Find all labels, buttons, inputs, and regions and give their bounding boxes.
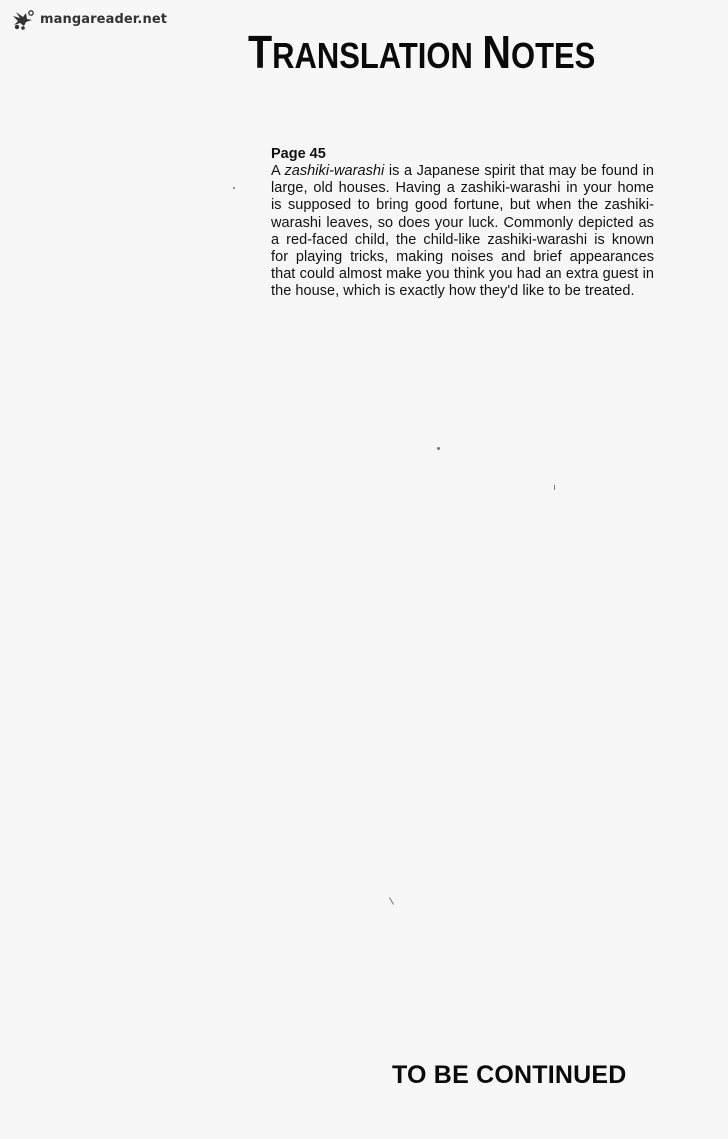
scan-speck <box>389 897 394 904</box>
watermark-text: mangareader.net <box>40 12 167 27</box>
to-be-continued: TO BE CONTINUED <box>392 1061 627 1090</box>
note-heading: Page 45 <box>271 146 654 163</box>
title-initial-n: N <box>482 26 511 78</box>
note-item: Page 45 A zashiki-warashi is a Japanese … <box>271 146 654 301</box>
page-title: TRANSLATION NOTES <box>248 28 595 80</box>
note-body: A zashiki-warashi is a Japanese spirit t… <box>271 163 654 301</box>
title-word-otes: OTES <box>511 35 595 76</box>
scan-speck <box>554 485 555 490</box>
scan-speck <box>437 447 440 450</box>
translation-notes: Page 45 A zashiki-warashi is a Japanese … <box>271 146 654 301</box>
scan-speck <box>233 187 235 189</box>
note-term: zashiki-warashi <box>284 163 384 179</box>
note-body-prefix: A <box>271 163 284 179</box>
mangareader-logo-icon <box>10 8 38 30</box>
watermark: mangareader.net <box>10 8 167 30</box>
note-body-text: is a Japanese spirit that may be found i… <box>271 163 654 299</box>
title-initial-t: T <box>248 26 272 78</box>
title-word-ranslation: RANSLATION <box>272 35 473 76</box>
